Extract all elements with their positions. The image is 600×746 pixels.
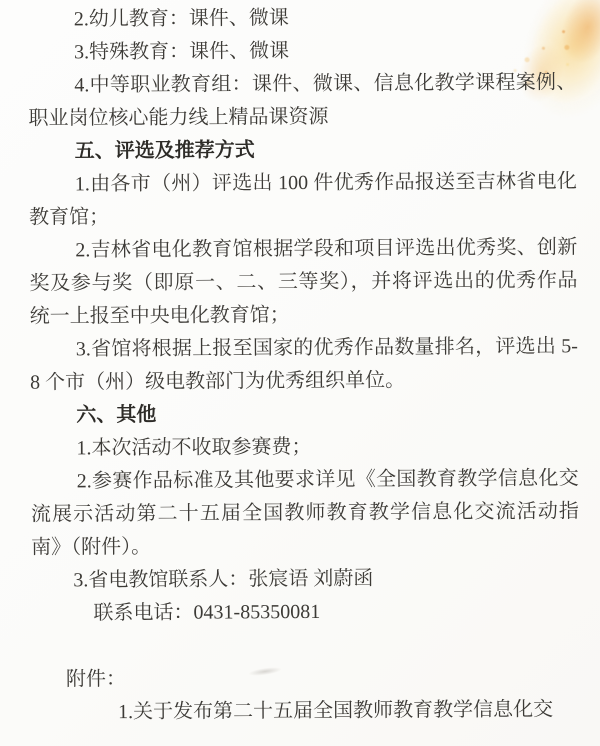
document-paragraph: 1.由各市（州）评选出 100 件优秀作品报送至吉林省电化教育馆； bbox=[29, 165, 577, 234]
document-paragraph: 1.本次活动不收取参赛费； bbox=[30, 429, 578, 465]
document-body: 2.幼儿教育：课件、微课3.特殊教育：课件、微课4.中等职业教育组：课件、微课、… bbox=[28, 0, 580, 729]
section-heading: 五、评选及推荐方式 bbox=[29, 132, 577, 168]
document-paragraph: 2.参赛作品标准及其他要求详见《全国教育教学信息化交流展示活动第二十五届全国教师… bbox=[31, 462, 580, 564]
document-paragraph: 2.幼儿教育：课件、微课 bbox=[28, 0, 576, 36]
document-paragraph: 3.省馆将根据上报至国家的优秀作品数量排名，评选出 5-8 个市（州）级电教部门… bbox=[30, 330, 578, 399]
document-paragraph: 3.特殊教育：课件、微课 bbox=[28, 33, 576, 69]
attachment-label: 附件： bbox=[32, 660, 580, 696]
document-paragraph: 4.中等职业教育组：课件、微课、信息化教学课程案例、职业岗位核心能力线上精品课资… bbox=[28, 66, 576, 135]
contact-phone-line: 联系电话：0431-85350081 bbox=[31, 594, 579, 630]
attachment-list-item: 1.关于发布第二十五届全国教师教育教学信息化交 bbox=[32, 693, 580, 729]
document-page: 2.幼儿教育：课件、微课3.特殊教育：课件、微课4.中等职业教育组：课件、微课、… bbox=[0, 0, 600, 746]
document-paragraph: 2.吉林省电化教育馆根据学段和项目评选出优秀奖、创新奖及参与奖（即原一、二、三等… bbox=[29, 231, 578, 333]
section-heading: 六、其他 bbox=[30, 396, 578, 432]
contact-person-line: 3.省电教馆联系人：张宸语 刘蔚函 bbox=[31, 561, 579, 597]
